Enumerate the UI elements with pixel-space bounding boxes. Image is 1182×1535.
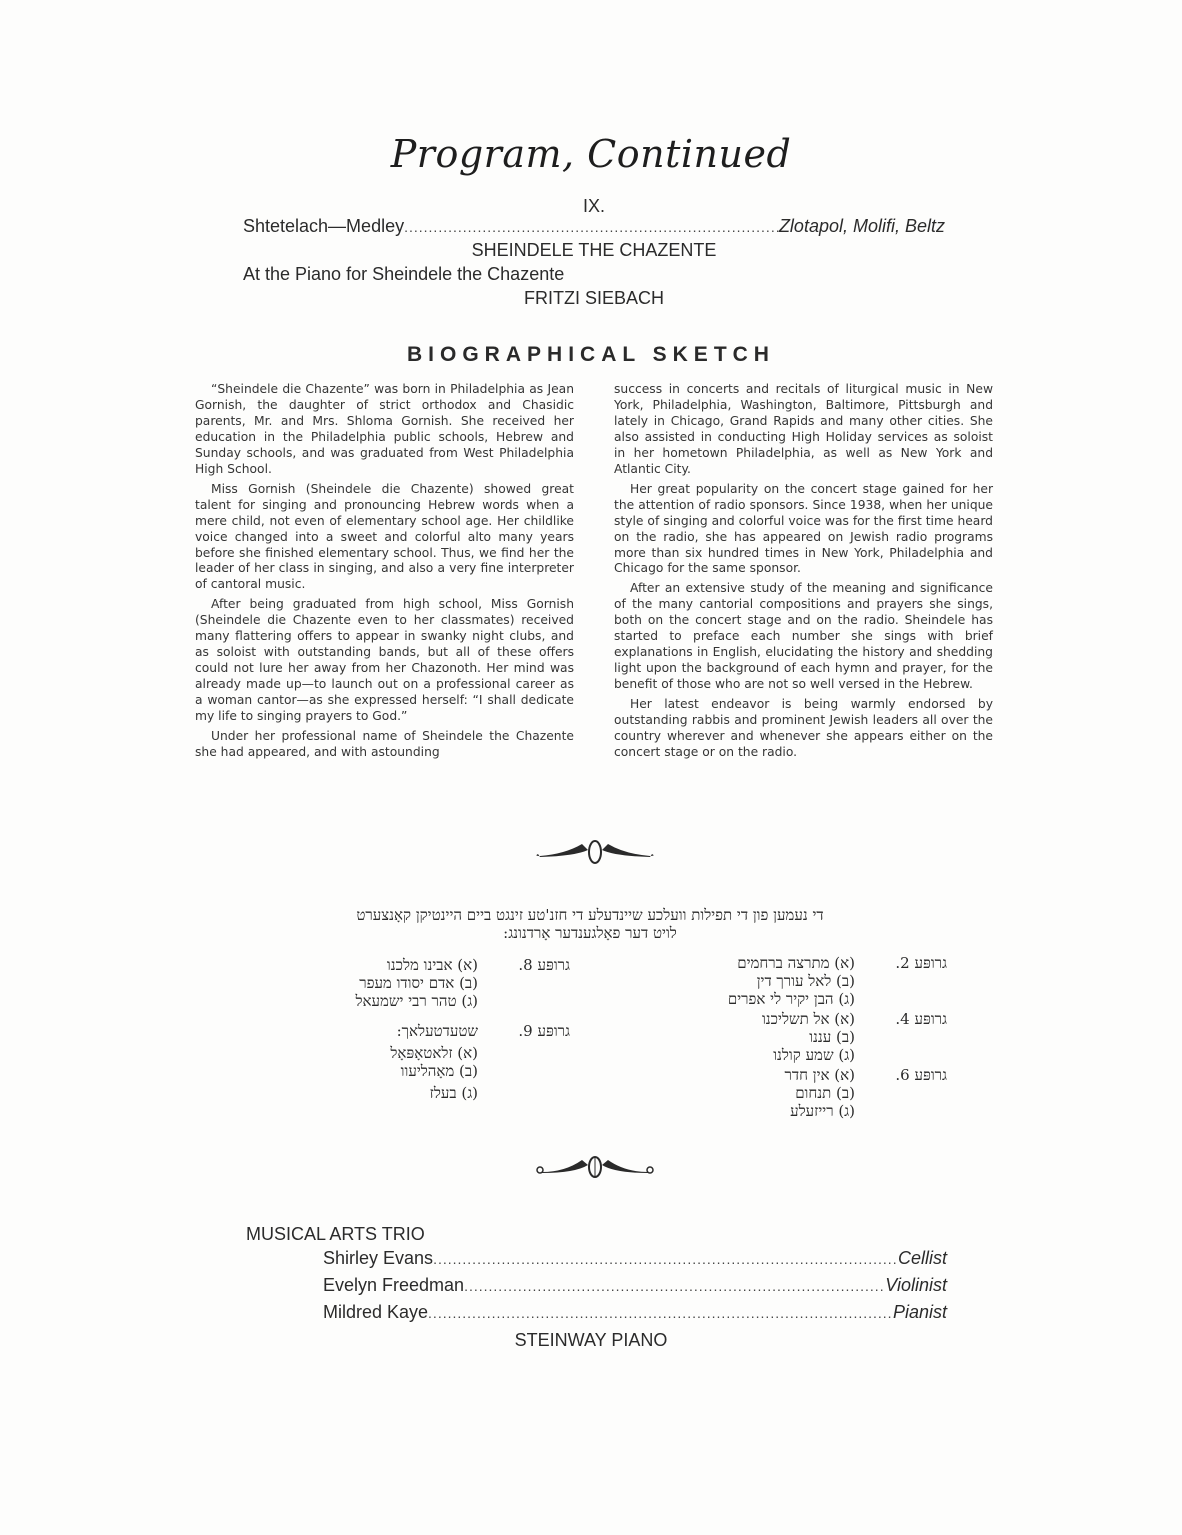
group-2: גרופּע 2.(א) מתרצה ברחמים (ב) לאל עורך ד… [650, 954, 947, 1008]
yiddish-groups-right: גרופּע 2.(א) מתרצה ברחמים (ב) לאל עורך ד… [650, 954, 947, 1120]
group-label: גרופּע 2. [855, 954, 947, 972]
yiddish-groups-left: גרופּע 8.(א) אבינו מלכנו (ב) אדם יסודו מ… [330, 956, 570, 1102]
page-title: Program, Continued [0, 132, 1182, 176]
member-name: Mildred Kaye [323, 1302, 428, 1323]
trio-name: MUSICAL ARTS TRIO [246, 1224, 425, 1245]
accompanist-label: At the Piano for Sheindele the Chazente [243, 264, 564, 285]
leader-dots [428, 1305, 893, 1321]
biography-left-column: “Sheindele die Chazente” was born in Phi… [195, 382, 574, 765]
leader-dots [464, 1278, 885, 1294]
group-item: (ב) לאל עורך דין [757, 972, 855, 990]
yiddish-intro-line: די נעמען פון די תפילות וועלכע שיינדעלע ד… [260, 906, 920, 924]
biography-right-column: success in concerts and recitals of litu… [614, 382, 993, 765]
group-item: (א) אין חדר [785, 1066, 855, 1084]
group-item: (א) זלאטאָפּאָל [390, 1044, 478, 1062]
bio-paragraph: Miss Gornish (Sheindele die Chazente) sh… [195, 482, 574, 594]
group-6: גרופּע 6.(א) אין חדר (ב) תנחום (ג) רייזע… [650, 1066, 947, 1120]
group-item: (ג) שמע קולנו [773, 1046, 855, 1064]
group-item: (ב) אדם יסודו מעפר [359, 974, 478, 992]
accompanist-name: FRITZI SIEBACH [240, 288, 948, 309]
group-item: (ב) מאָהליעוו [401, 1062, 478, 1080]
bio-paragraph: After an extensive study of the meaning … [614, 581, 993, 693]
piano-credit: STEINWAY PIANO [0, 1330, 1182, 1351]
group-item: (ב) תנחום [795, 1084, 855, 1102]
flourish-divider-icon [530, 836, 660, 866]
program-item: Shtetelach—Medley Zlotapol, Molifi, Belt… [243, 216, 945, 237]
trio-member: Shirley Evans Cellist [323, 1248, 947, 1269]
bio-paragraph: Her great popularity on the concert stag… [614, 482, 993, 578]
group-9: גרופּע 9.שטעדטעלאך: (א) זלאטאָפּאָל (ב) … [330, 1022, 570, 1102]
trio-member: Mildred Kaye Pianist [323, 1302, 947, 1323]
group-item: (ב) עננו [809, 1028, 855, 1046]
section-numeral: IX. [240, 196, 948, 217]
group-item: (ג) בעלז [430, 1084, 478, 1102]
group-label: גרופּע 8. [478, 956, 570, 974]
performer-name: SHEINDELE THE CHAZENTE [240, 240, 948, 261]
trio-member: Evelyn Freedman Violinist [323, 1275, 947, 1296]
biography-heading: BIOGRAPHICAL SKETCH [0, 343, 1182, 367]
leader-dots [404, 219, 779, 235]
piece-title: Shtetelach—Medley [243, 216, 404, 237]
group-item: (א) אל תשליכנו [762, 1010, 855, 1028]
group-item: (ג) הבן יקיר לי אפרים [728, 990, 855, 1008]
group-label: גרופּע 4. [855, 1010, 947, 1028]
group-8: גרופּע 8.(א) אבינו מלכנו (ב) אדם יסודו מ… [330, 956, 570, 1010]
member-role: Violinist [885, 1275, 947, 1296]
yiddish-intro-line: לויט דער פאָלגענדער אָרדנונג: [260, 924, 920, 942]
member-name: Shirley Evans [323, 1248, 433, 1269]
bio-paragraph: Under her professional name of Sheindele… [195, 729, 574, 761]
flourish-divider-icon [530, 1152, 660, 1182]
group-item: (א) מתרצה ברחמים [737, 954, 855, 972]
bio-paragraph: success in concerts and recitals of litu… [614, 382, 993, 478]
member-role: Pianist [893, 1302, 947, 1323]
yiddish-intro: די נעמען פון די תפילות וועלכע שיינדעלע ד… [260, 906, 920, 942]
bio-paragraph: “Sheindele die Chazente” was born in Phi… [195, 382, 574, 478]
group-label: גרופּע 6. [855, 1066, 947, 1084]
member-name: Evelyn Freedman [323, 1275, 464, 1296]
group-item: (א) אבינו מלכנו [387, 956, 478, 974]
group-4: גרופּע 4.(א) אל תשליכנו (ב) עננו (ג) שמע… [650, 1010, 947, 1064]
group-item: (ג) טהר רבי ישמעאל [356, 992, 479, 1010]
bio-paragraph: After being graduated from high school, … [195, 597, 574, 725]
group-item: (ג) רייזעלע [790, 1102, 855, 1120]
group-label: גרופּע 9. [478, 1022, 570, 1040]
leader-dots [433, 1251, 898, 1267]
bio-paragraph: Her latest endeavor is being warmly endo… [614, 697, 993, 761]
piece-composers: Zlotapol, Molifi, Beltz [779, 216, 945, 237]
group-item: שטעדטעלאך: [397, 1022, 478, 1040]
member-role: Cellist [898, 1248, 947, 1269]
